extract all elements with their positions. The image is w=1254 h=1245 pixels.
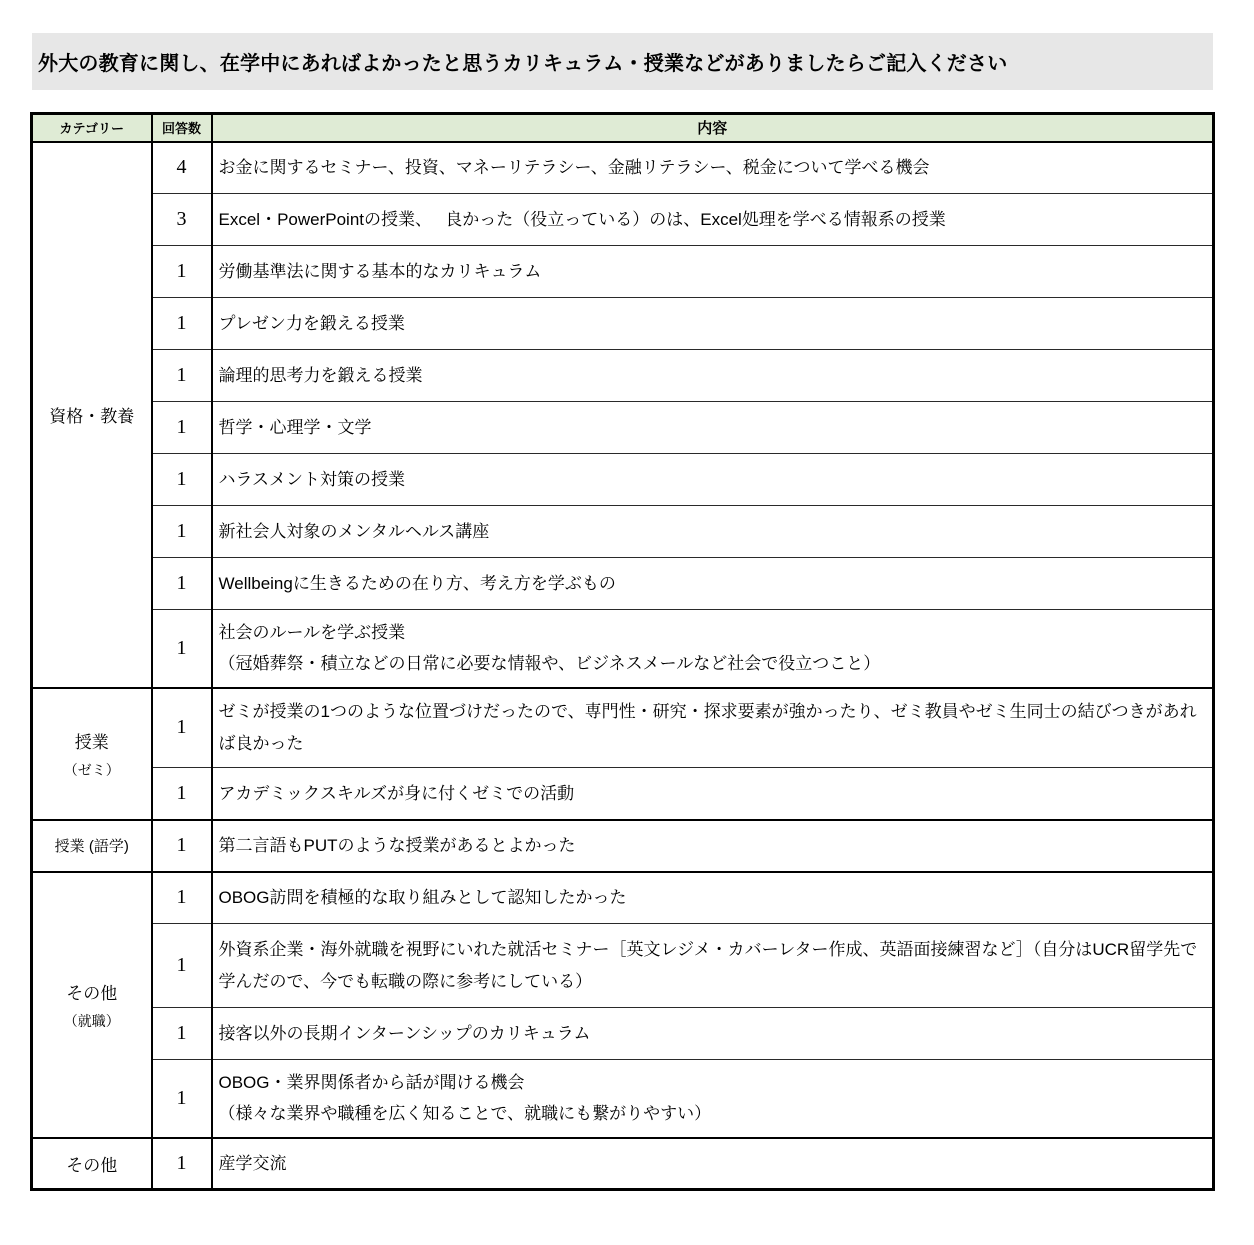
table-row: 1 社会のルールを学ぶ授業 （冠婚葬祭・積立などの日常に必要な情報や、ビジネスメ… [32, 610, 1214, 688]
count-cell: 3 [152, 194, 212, 246]
count-cell: 4 [152, 142, 212, 194]
table-row: 1 アカデミックスキルズが身に付くゼミでの活動 [32, 768, 1214, 820]
table-row: 1 労働基準法に関する基本的なカリキュラム [32, 246, 1214, 298]
category-sub-label: （就職） [35, 1011, 149, 1031]
title-bar: 外大の教育に関し、在学中にあればよかったと思うカリキュラム・授業などがありました… [32, 33, 1213, 90]
content-cell: 外資系企業・海外就職を視野にいれた就活セミナー［英文レジメ・カバーレター作成、英… [212, 924, 1214, 1008]
category-label: 授業 [35, 728, 149, 753]
count-cell: 1 [152, 1008, 212, 1060]
content-cell: 哲学・心理学・文学 [212, 402, 1214, 454]
content-cell: 接客以外の長期インターンシップのカリキュラム [212, 1008, 1214, 1060]
count-cell: 1 [152, 298, 212, 350]
count-cell: 1 [152, 558, 212, 610]
category-sub-label: （ゼミ） [35, 760, 149, 780]
content-cell: OBOG訪問を積極的な取り組みとして認知したかった [212, 872, 1214, 924]
content-cell: 産学交流 [212, 1138, 1214, 1190]
table-row: 1 プレゼン力を鍛える授業 [32, 298, 1214, 350]
header-category: カテゴリー [32, 114, 152, 142]
content-cell: Wellbeingに生きるための在り方、考え方を学ぶもの [212, 558, 1214, 610]
table-row: 資格・教養 4 お金に関するセミナー、投資、マネーリテラシー、金融リテラシー、税… [32, 142, 1214, 194]
category-cell: その他 （就職） [32, 872, 152, 1138]
category-label: 資格・教養 [35, 402, 149, 427]
table-row: 1 哲学・心理学・文学 [32, 402, 1214, 454]
survey-table: カテゴリー 回答数 内容 資格・教養 4 お金に関するセミナー、投資、マネーリテ… [30, 112, 1215, 1191]
table-row: 1 接客以外の長期インターンシップのカリキュラム [32, 1008, 1214, 1060]
table-row: 1 ハラスメント対策の授業 [32, 454, 1214, 506]
content-cell: 新社会人対象のメンタルヘルス講座 [212, 506, 1214, 558]
content-cell: OBOG・業界関係者から話が聞ける機会 （様々な業界や職種を広く知ることで、就職… [212, 1060, 1214, 1138]
count-cell: 1 [152, 506, 212, 558]
content-cell: 第二言語もPUTのような授業があるとよかった [212, 820, 1214, 872]
category-cell: 授業 （ゼミ） [32, 688, 152, 820]
count-cell: 1 [152, 872, 212, 924]
count-cell: 1 [152, 1060, 212, 1138]
table-row: 3 Excel・PowerPointの授業、 良かった（役立っている）のは、Ex… [32, 194, 1214, 246]
content-cell: Excel・PowerPointの授業、 良かった（役立っている）のは、Exce… [212, 194, 1214, 246]
content-cell: ゼミが授業の1つのような位置づけだったので、専門性・研究・探求要素が強かったり、… [212, 688, 1214, 768]
table-row: 授業 (語学) 1 第二言語もPUTのような授業があるとよかった [32, 820, 1214, 872]
content-cell: お金に関するセミナー、投資、マネーリテラシー、金融リテラシー、税金について学べる… [212, 142, 1214, 194]
table-header-row: カテゴリー 回答数 内容 [32, 114, 1214, 142]
count-cell: 1 [152, 350, 212, 402]
header-count: 回答数 [152, 114, 212, 142]
category-cell: その他 [32, 1138, 152, 1190]
table-row: 1 OBOG・業界関係者から話が聞ける機会 （様々な業界や職種を広く知ることで、… [32, 1060, 1214, 1138]
category-cell: 資格・教養 [32, 142, 152, 688]
content-cell: 論理的思考力を鍛える授業 [212, 350, 1214, 402]
table-row: その他 1 産学交流 [32, 1138, 1214, 1190]
count-cell: 1 [152, 1138, 212, 1190]
content-cell: 社会のルールを学ぶ授業 （冠婚葬祭・積立などの日常に必要な情報や、ビジネスメール… [212, 610, 1214, 688]
table-row: 1 論理的思考力を鍛える授業 [32, 350, 1214, 402]
count-cell: 1 [152, 246, 212, 298]
content-cell: アカデミックスキルズが身に付くゼミでの活動 [212, 768, 1214, 820]
table-row: 1 外資系企業・海外就職を視野にいれた就活セミナー［英文レジメ・カバーレター作成… [32, 924, 1214, 1008]
content-cell: 労働基準法に関する基本的なカリキュラム [212, 246, 1214, 298]
count-cell: 1 [152, 924, 212, 1008]
count-cell: 1 [152, 402, 212, 454]
content-cell: プレゼン力を鍛える授業 [212, 298, 1214, 350]
count-cell: 1 [152, 454, 212, 506]
count-cell: 1 [152, 688, 212, 768]
count-cell: 1 [152, 768, 212, 820]
category-cell: 授業 (語学) [32, 820, 152, 872]
count-cell: 1 [152, 820, 212, 872]
category-label: その他 [35, 979, 149, 1004]
header-content: 内容 [212, 114, 1214, 142]
table-row: 1 新社会人対象のメンタルヘルス講座 [32, 506, 1214, 558]
content-cell: ハラスメント対策の授業 [212, 454, 1214, 506]
table-row: 授業 （ゼミ） 1 ゼミが授業の1つのような位置づけだったので、専門性・研究・探… [32, 688, 1214, 768]
count-cell: 1 [152, 610, 212, 688]
page: 外大の教育に関し、在学中にあればよかったと思うカリキュラム・授業などがありました… [0, 0, 1254, 1245]
table-row: その他 （就職） 1 OBOG訪問を積極的な取り組みとして認知したかった [32, 872, 1214, 924]
table-row: 1 Wellbeingに生きるための在り方、考え方を学ぶもの [32, 558, 1214, 610]
category-label: その他 [35, 1151, 149, 1176]
page-title: 外大の教育に関し、在学中にあればよかったと思うカリキュラム・授業などがありました… [38, 47, 1007, 76]
category-label: 授業 (語学) [35, 835, 149, 856]
